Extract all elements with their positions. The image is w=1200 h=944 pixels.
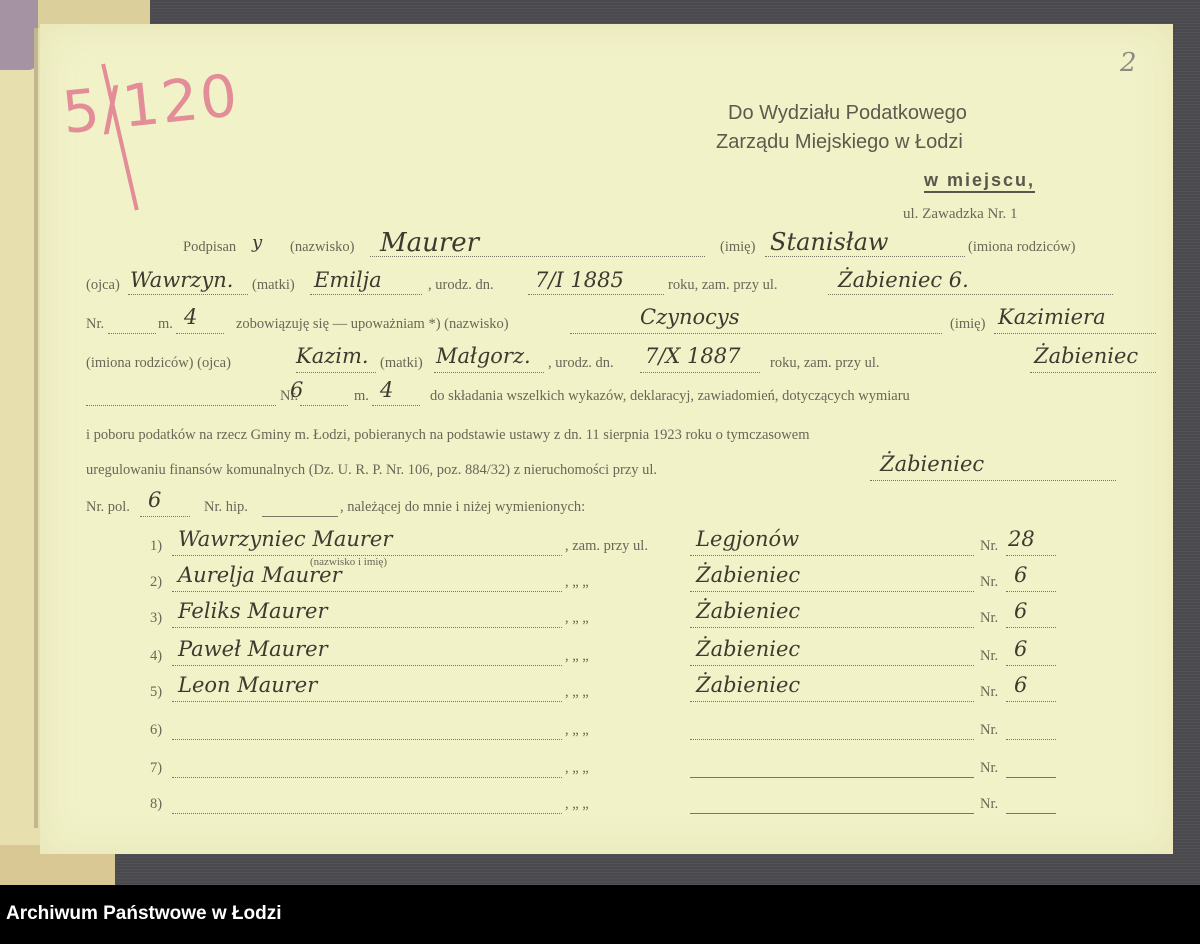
text-poboru: i poboru podatków na rzecz Gminy m. Łodz… (86, 427, 809, 444)
field-line (172, 591, 562, 592)
label-nr: Nr. (980, 574, 998, 591)
field-line (528, 294, 664, 295)
owner-name[interactable]: Aurelja Maurer (178, 563, 342, 587)
binder-edge (34, 28, 38, 828)
ditto-marks: , „ „ (565, 610, 589, 627)
owner-house-nr[interactable]: 6 (1014, 637, 1027, 661)
text-do-skladania: do składania wszelkich wykazów, deklarac… (430, 388, 910, 405)
owner-name[interactable]: Paweł Maurer (178, 637, 328, 661)
field-line (140, 516, 190, 517)
label-m: m. (354, 388, 369, 405)
field-mother[interactable]: Emilja (314, 268, 382, 292)
ditto-marks: , „ „ (565, 648, 589, 665)
field-line (128, 294, 248, 295)
row-number: 1) (150, 538, 162, 555)
ditto-marks: , „ „ (565, 574, 589, 591)
owner-name[interactable] (172, 777, 562, 778)
label-roku-zam: roku, zam. przy ul. (770, 355, 880, 372)
field-line (172, 701, 562, 702)
field-proxy-first-name[interactable]: Kazimiera (998, 305, 1106, 329)
field-line (1006, 701, 1056, 702)
field-line (1006, 591, 1056, 592)
field-apartment[interactable]: 4 (380, 378, 393, 402)
owner-name[interactable]: Leon Maurer (178, 673, 317, 697)
field-line (870, 480, 1116, 481)
addressee-line1: Do Wydziału Podatkowego (728, 102, 967, 125)
ditto-marks: , „ „ (565, 796, 589, 813)
label-urodz: , urodz. dn. (548, 355, 614, 372)
label-m: m. (158, 316, 173, 333)
podpisan-suffix: y (252, 232, 262, 253)
field-proxy-street[interactable]: Żabieniec (1034, 344, 1138, 368)
row-number: 7) (150, 760, 162, 777)
office-address: ul. Zawadzka Nr. 1 (903, 206, 1018, 223)
field-line (172, 627, 562, 628)
label-nr: Nr. (980, 538, 998, 555)
field-line (434, 372, 544, 373)
text-nalezacej: , należącej do mnie i niżej wymienionych… (340, 499, 585, 516)
field-father[interactable]: Wawrzyn. (130, 268, 233, 292)
label-nr-hip: Nr. hip. (204, 499, 248, 516)
field-line (310, 294, 422, 295)
label-imiona-rodzicow: (imiona rodziców) (968, 239, 1076, 256)
field-line (1006, 665, 1056, 666)
owner-house-nr[interactable] (1006, 777, 1056, 778)
field-line (690, 555, 974, 556)
label-nr: Nr. (980, 760, 998, 777)
row-number: 8) (150, 796, 162, 813)
label-nr: Nr. (980, 796, 998, 813)
owner-street[interactable]: Legjonów (696, 527, 799, 551)
field-nr-pol[interactable]: 6 (148, 488, 161, 512)
field-line (1006, 555, 1056, 556)
field-surname[interactable]: Maurer (380, 228, 479, 258)
row-number: 4) (150, 648, 162, 665)
field-line (1030, 372, 1156, 373)
owner-street[interactable] (690, 739, 974, 740)
owner-house-nr[interactable]: 28 (1008, 527, 1035, 551)
owner-house-nr[interactable] (1006, 739, 1056, 740)
field-line (1006, 627, 1056, 628)
field-line (296, 372, 376, 373)
row-number: 3) (150, 610, 162, 627)
field-street[interactable]: Żabieniec 6. (838, 268, 969, 292)
field-nr-hip[interactable] (262, 516, 338, 517)
field-line (994, 333, 1156, 334)
label-matki: (matki) (252, 277, 295, 294)
archive-label: Archiwum Państwowe w Łodzi (6, 903, 282, 925)
label-nr: Nr. (86, 316, 104, 333)
field-line (172, 665, 562, 666)
owner-street[interactable]: Żabieniec (696, 673, 800, 697)
field-line (108, 333, 156, 334)
label-ojca: (ojca) (86, 277, 120, 294)
field-line (570, 333, 942, 334)
field-line (828, 294, 1113, 295)
field-line (300, 405, 348, 406)
label-matki: (matki) (380, 355, 423, 372)
owner-street[interactable]: Żabieniec (696, 637, 800, 661)
field-birth-date[interactable]: 7/I 1885 (535, 268, 624, 292)
field-apartment[interactable]: 4 (184, 305, 197, 329)
ditto-marks: , „ „ (565, 760, 589, 777)
owner-street[interactable]: Żabieniec (696, 563, 800, 587)
label-zam: , zam. przy ul. (565, 538, 648, 555)
owner-name[interactable]: Wawrzyniec Maurer (178, 527, 392, 551)
label-imie: (imię) (950, 316, 985, 333)
label-roku-zam: roku, zam. przy ul. (668, 277, 778, 294)
owner-name[interactable] (172, 739, 562, 740)
field-line (690, 701, 974, 702)
label-nr: Nr. (980, 648, 998, 665)
addressee-line2: Zarządu Miejskiego w Łodzi (716, 131, 963, 154)
owner-house-nr[interactable] (1006, 813, 1056, 814)
field-line (690, 591, 974, 592)
ditto-marks: , „ „ (565, 722, 589, 739)
label-imiona-ojca: (imiona rodziców) (ojca) (86, 355, 231, 372)
field-line (176, 333, 224, 334)
field-line (765, 256, 965, 257)
field-proxy-mother[interactable]: Małgorz. (436, 344, 531, 368)
field-line (640, 372, 760, 373)
field-proxy-father[interactable]: Kazim. (296, 344, 369, 368)
owner-house-nr[interactable]: 6 (1014, 599, 1027, 623)
field-property-street[interactable]: Żabieniec (880, 452, 984, 476)
row-number: 5) (150, 684, 162, 701)
binder-tab (0, 0, 38, 70)
owner-house-nr[interactable]: 6 (1014, 673, 1027, 697)
row-number: 6) (150, 722, 162, 739)
field-line (690, 627, 974, 628)
w-miejscu: w miejscu, (924, 170, 1035, 193)
owner-street[interactable] (690, 777, 974, 778)
field-line (86, 405, 276, 406)
field-house-nr[interactable]: 6 (290, 378, 303, 402)
label-nr: Nr. (980, 610, 998, 627)
text-uregulowaniu: uregulowaniu finansów komunalnych (Dz. U… (86, 462, 657, 479)
field-first-name[interactable]: Stanisław (770, 228, 888, 256)
owner-house-nr[interactable]: 6 (1014, 563, 1027, 587)
page-number: 2 (1120, 48, 1137, 78)
field-line (690, 665, 974, 666)
field-line (372, 405, 420, 406)
label-imie: (imię) (720, 239, 755, 256)
label-nr: Nr. (980, 722, 998, 739)
label-nr-pol: Nr. pol. (86, 499, 130, 516)
label-podpisan: Podpisan (183, 239, 236, 256)
row-number: 2) (150, 574, 162, 591)
owner-street[interactable]: Żabieniec (696, 599, 800, 623)
ditto-marks: , „ „ (565, 684, 589, 701)
owner-street[interactable] (690, 813, 974, 814)
field-proxy-surname[interactable]: Czynocys (640, 305, 740, 329)
owner-name[interactable] (172, 813, 562, 814)
label-zobowiazuje: zobowiązuję się — upoważniam *) (nazwisk… (236, 316, 509, 333)
label-urodz: , urodz. dn. (428, 277, 494, 294)
label-nazwisko: (nazwisko) (290, 239, 354, 256)
label-nr: Nr. (980, 684, 998, 701)
field-proxy-birth-date[interactable]: 7/X 1887 (645, 344, 741, 368)
owner-name[interactable]: Feliks Maurer (178, 599, 328, 623)
